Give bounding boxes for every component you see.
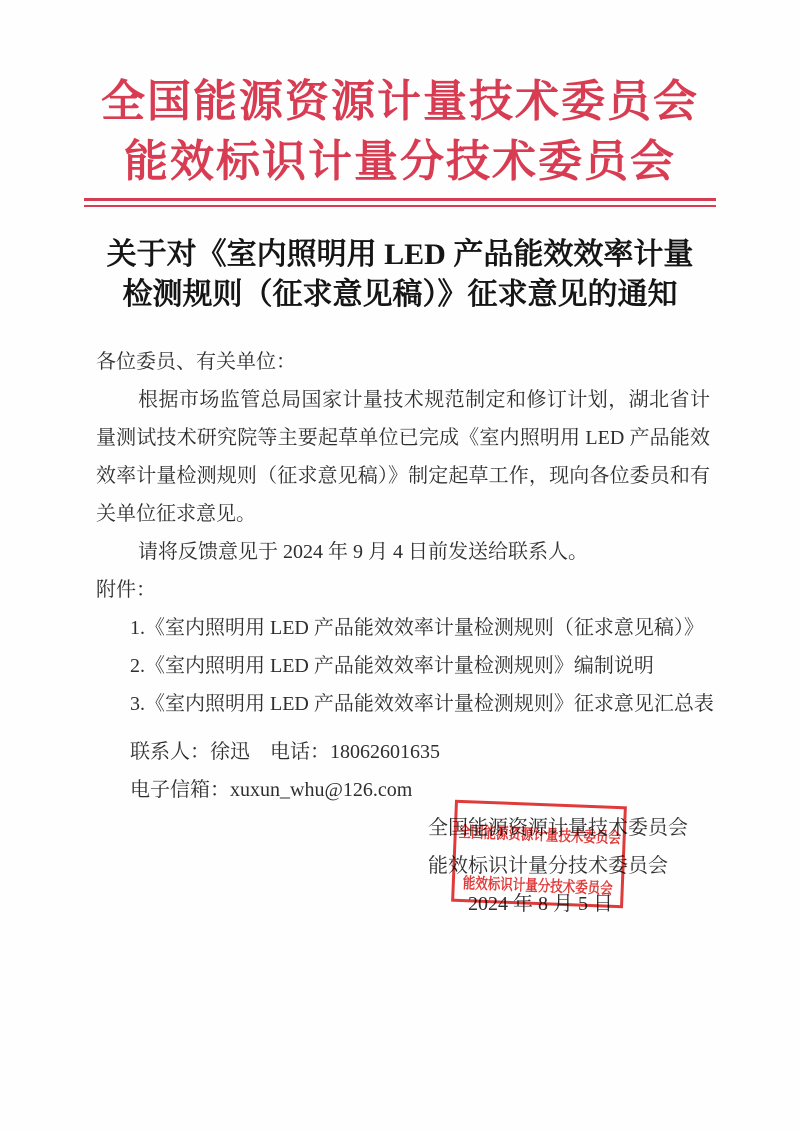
attachment-item-2: 2.《室内照明用 LED 产品能效效率计量检测规则》编制说明 (96, 647, 710, 685)
red-double-rule (84, 198, 716, 207)
contact-person-phone: 联系人：徐迅 电话：18062601635 (96, 733, 710, 771)
official-seal-stamp: 全国能源资源计量技术委员会 能效标识计量分技术委员会 (451, 800, 627, 909)
letterhead-org-line2: 能效标识计量分技术委员会 (0, 132, 800, 192)
notice-body: 各位委员、有关单位： 根据市场监管总局国家计量技术规范制定和修订计划，湖北省计量… (0, 315, 800, 923)
contact-email: 电子信箱：xuxun_whu@126.com (96, 771, 710, 809)
salutation: 各位委员、有关单位： (96, 343, 710, 381)
seal-org-line1: 全国能源资源计量技术委员会 (457, 823, 622, 847)
contact-block: 联系人：徐迅 电话：18062601635 电子信箱：xuxun_whu@126… (96, 733, 710, 809)
attachment-item-1: 1.《室内照明用 LED 产品能效效率计量检测规则（征求意见稿）》 (96, 609, 710, 647)
letterhead-org-line1: 全国能源资源计量技术委员会 (0, 72, 800, 132)
paragraph-main: 根据市场监管总局国家计量技术规范制定和修订计划，湖北省计量测试技术研究院等主要起… (96, 381, 710, 533)
paragraph-deadline: 请将反馈意见于 2024 年 9 月 4 日前发送给联系人。 (96, 533, 710, 571)
notice-title-line1: 关于对《室内照明用 LED 产品能效效率计量 (0, 235, 800, 275)
attachment-item-3: 3.《室内照明用 LED 产品能效效率计量检测规则》征求意见汇总表 (96, 685, 710, 723)
notice-document-page: 全国能源资源计量技术委员会 能效标识计量分技术委员会 关于对《室内照明用 LED… (0, 0, 800, 1131)
notice-title-line2: 检测规则（征求意见稿）》征求意见的通知 (0, 275, 800, 315)
notice-title: 关于对《室内照明用 LED 产品能效效率计量 检测规则（征求意见稿）》征求意见的… (0, 235, 800, 315)
attachments-label: 附件： (96, 571, 710, 609)
seal-org-line2: 能效标识计量分技术委员会 (455, 874, 620, 898)
letterhead: 全国能源资源计量技术委员会 能效标识计量分技术委员会 (0, 0, 800, 192)
